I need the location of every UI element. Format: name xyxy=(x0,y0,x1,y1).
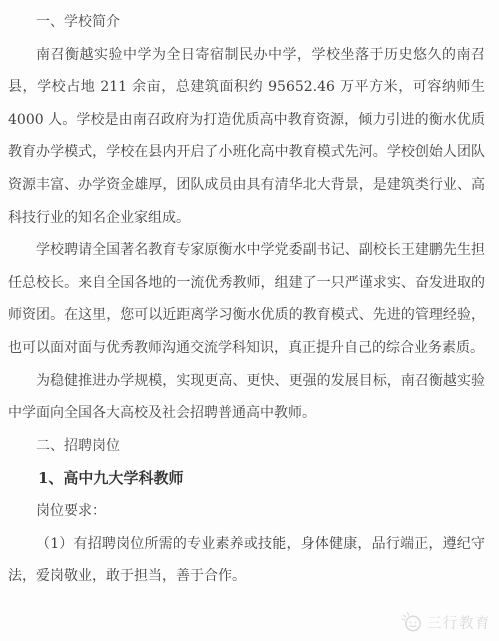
requirements-label: 岗位要求： xyxy=(8,495,485,528)
smiley-logo-icon xyxy=(401,611,423,633)
paragraph-principal-and-faculty: 学校聘请全国著名教育专家原衡水中学党委副书记、副校长王建鹏先生担任总校长。来自全… xyxy=(8,234,485,364)
paragraph-recruitment-goal: 为稳健推进办学规模，实现更高、更快、更强的发展目标，南召衡越实验中学面向全国各大… xyxy=(8,365,485,430)
job-title-nine-subject-teachers: 1、高中九大学科教师 xyxy=(8,462,485,495)
watermark-text: 三行教育 xyxy=(427,612,491,633)
watermark: 三行教育 xyxy=(401,611,491,633)
requirement-item-1: （1）有招聘岗位所需的专业素养或技能，身体健康，品行端正，遵纪守法，爱岗敬业，敢… xyxy=(8,528,485,593)
paragraph-school-overview: 南召衡越实验中学为全日寄宿制民办中学，学校坐落于历史悠久的南召县，学校占地 21… xyxy=(8,39,485,235)
document-page: 一、学校简介 南召衡越实验中学为全日寄宿制民办中学，学校坐落于历史悠久的南召县，… xyxy=(0,0,499,641)
heading-school-intro: 一、学校简介 xyxy=(8,6,485,39)
heading-recruitment-positions: 二、招聘岗位 xyxy=(8,430,485,463)
